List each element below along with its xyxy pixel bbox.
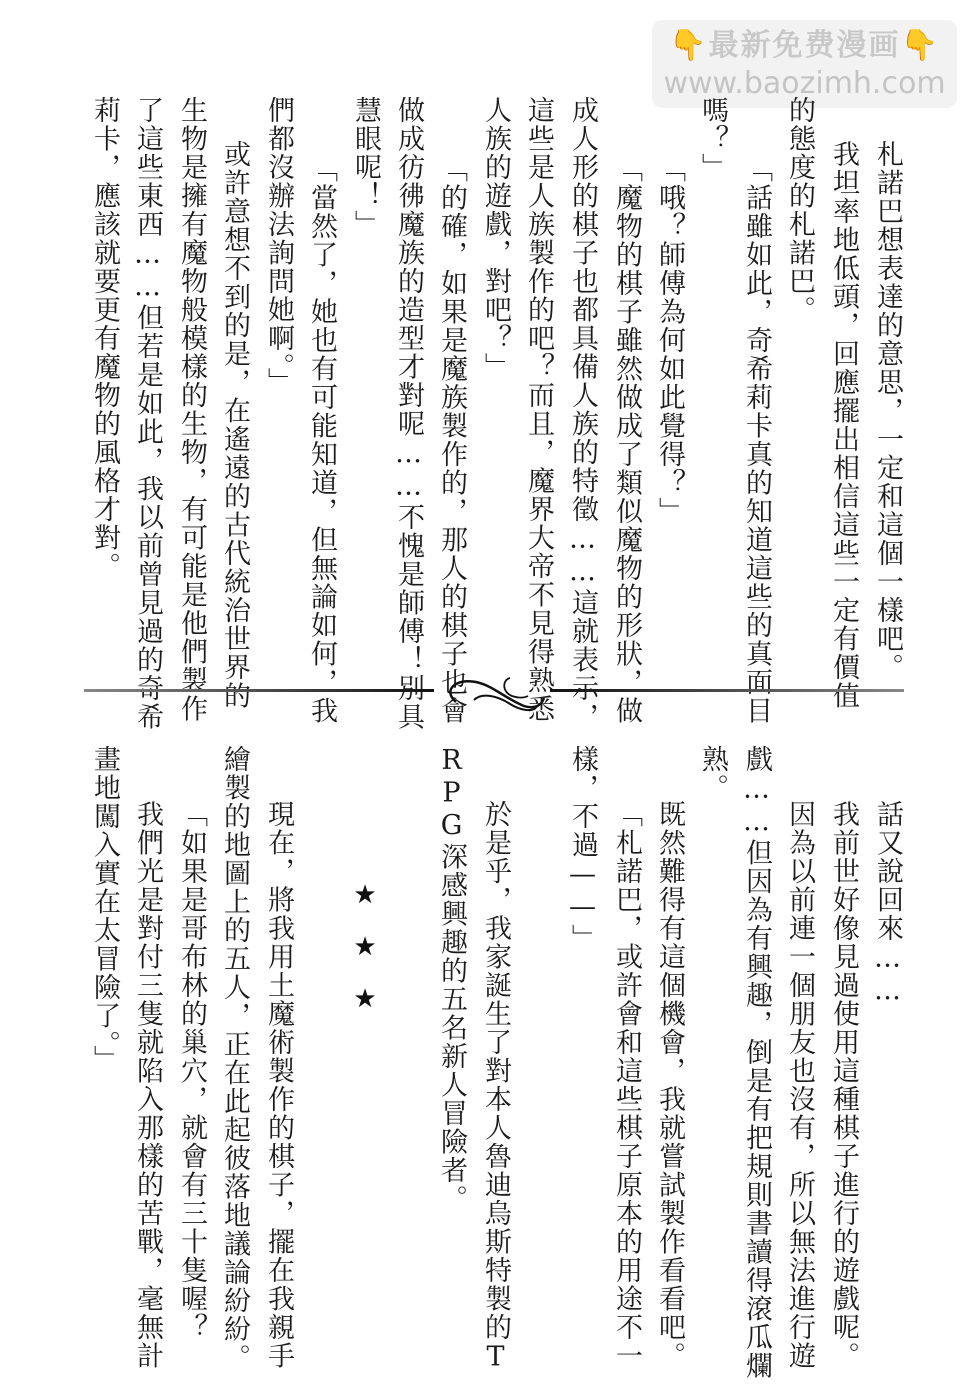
text-column: RPG深感興趣的五名新人冒險者。 <box>432 745 466 1213</box>
pointing-down-hand-icon: 👇 <box>669 28 708 63</box>
text-column: 做成彷彿魔族的造型才對呢……不愧是師傅！別具 <box>389 96 423 731</box>
text-column: 「話雖如此，奇希莉卡真的知道這些的真面目 <box>737 155 771 725</box>
text-column: 繪製的地圖上的五人，正在此起彼落地議論紛紛。 <box>215 745 249 1372</box>
text-column: 或許意想不到的是，在遙遠的古代統治世界的 <box>215 140 249 710</box>
text-column: 慧眼呢！」 <box>346 96 380 239</box>
text-column: 熟。 <box>693 745 727 802</box>
text-column: 「的確，如果是魔族製作的，那人的棋子也會 <box>432 155 466 725</box>
text-column: 札諾巴想表達的意思，一定和這個一樣吧。 <box>868 140 902 682</box>
text-column: 「魔物的棋子雖然做成了類似魔物的形狀，做 <box>607 155 641 725</box>
text-column: 人族的遊戲，對吧？」 <box>476 96 510 381</box>
scene-break-stars: ★★★ <box>350 880 380 1036</box>
text-column: 嗎？」 <box>693 96 727 182</box>
text-column: 戲……但因為有興趣，倒是有把規則書讀得滾瓜爛 <box>737 745 771 1380</box>
text-column: 因為以前連一個朋友也沒有，所以無法進行遊 <box>780 800 814 1370</box>
text-column: 生物是擁有魔物般模樣的生物，有可能是他們製作 <box>172 96 206 723</box>
text-column: 的態度的札諾巴。 <box>780 96 814 324</box>
pointing-down-hand-icon: 👇 <box>901 28 940 63</box>
text-column: 既然難得有這個機會，我就嘗試製作看看吧。 <box>650 800 684 1370</box>
text-column: 我前世好像見過使用這種棋子進行的遊戲呢。 <box>824 800 858 1370</box>
text-column: 「札諾巴，或許會和這些棋子原本的用途不一 <box>607 800 641 1370</box>
text-column: 們都沒辦法詢問她啊。」 <box>259 96 293 396</box>
text-column: 這些是人族製作的吧？而且，魔界大帝不見得熟悉 <box>519 96 553 723</box>
text-column: 莉卡，應該就要更有魔物的風格才對。 <box>85 96 119 581</box>
watermark-title: 👇最新免费漫画👇 <box>652 26 957 66</box>
text-column: 我坦率地低頭，回應擺出相信這些一定有價值 <box>824 140 858 710</box>
text-column: 話又說回來…… <box>868 800 902 1008</box>
text-column: 了這些東西……但若是如此，我以前曾見過的奇希 <box>128 96 162 731</box>
text-column: 於是乎，我家誕生了對本人魯迪烏斯特製的T <box>476 800 510 1374</box>
text-column: 成人形的棋子也都具備人族的特徵……這就表示， <box>563 96 597 731</box>
text-column: 「如果是哥布林的巢穴，就會有三十隻喔？ <box>172 800 206 1342</box>
text-column: 我們光是對付三隻就陷入那樣的苦戰，毫無計 <box>128 800 162 1370</box>
watermark-banner[interactable]: 👇最新免费漫画👇 www.baozimh.com <box>652 20 957 108</box>
watermark-title-text: 最新免费漫画 <box>709 28 901 63</box>
text-column: 現在，將我用土魔術製作的棋子，擺在我親手 <box>259 800 293 1370</box>
text-column: 畫地闖入實在太冒險了。」 <box>85 745 119 1074</box>
text-column: 「當然了，她也有可能知道，但無論如何，我 <box>302 155 336 725</box>
text-column: 「哦？師傅為何如此覺得？」 <box>650 155 684 526</box>
text-column: 樣，不過——」 <box>563 745 597 953</box>
ornamental-divider <box>84 676 904 716</box>
